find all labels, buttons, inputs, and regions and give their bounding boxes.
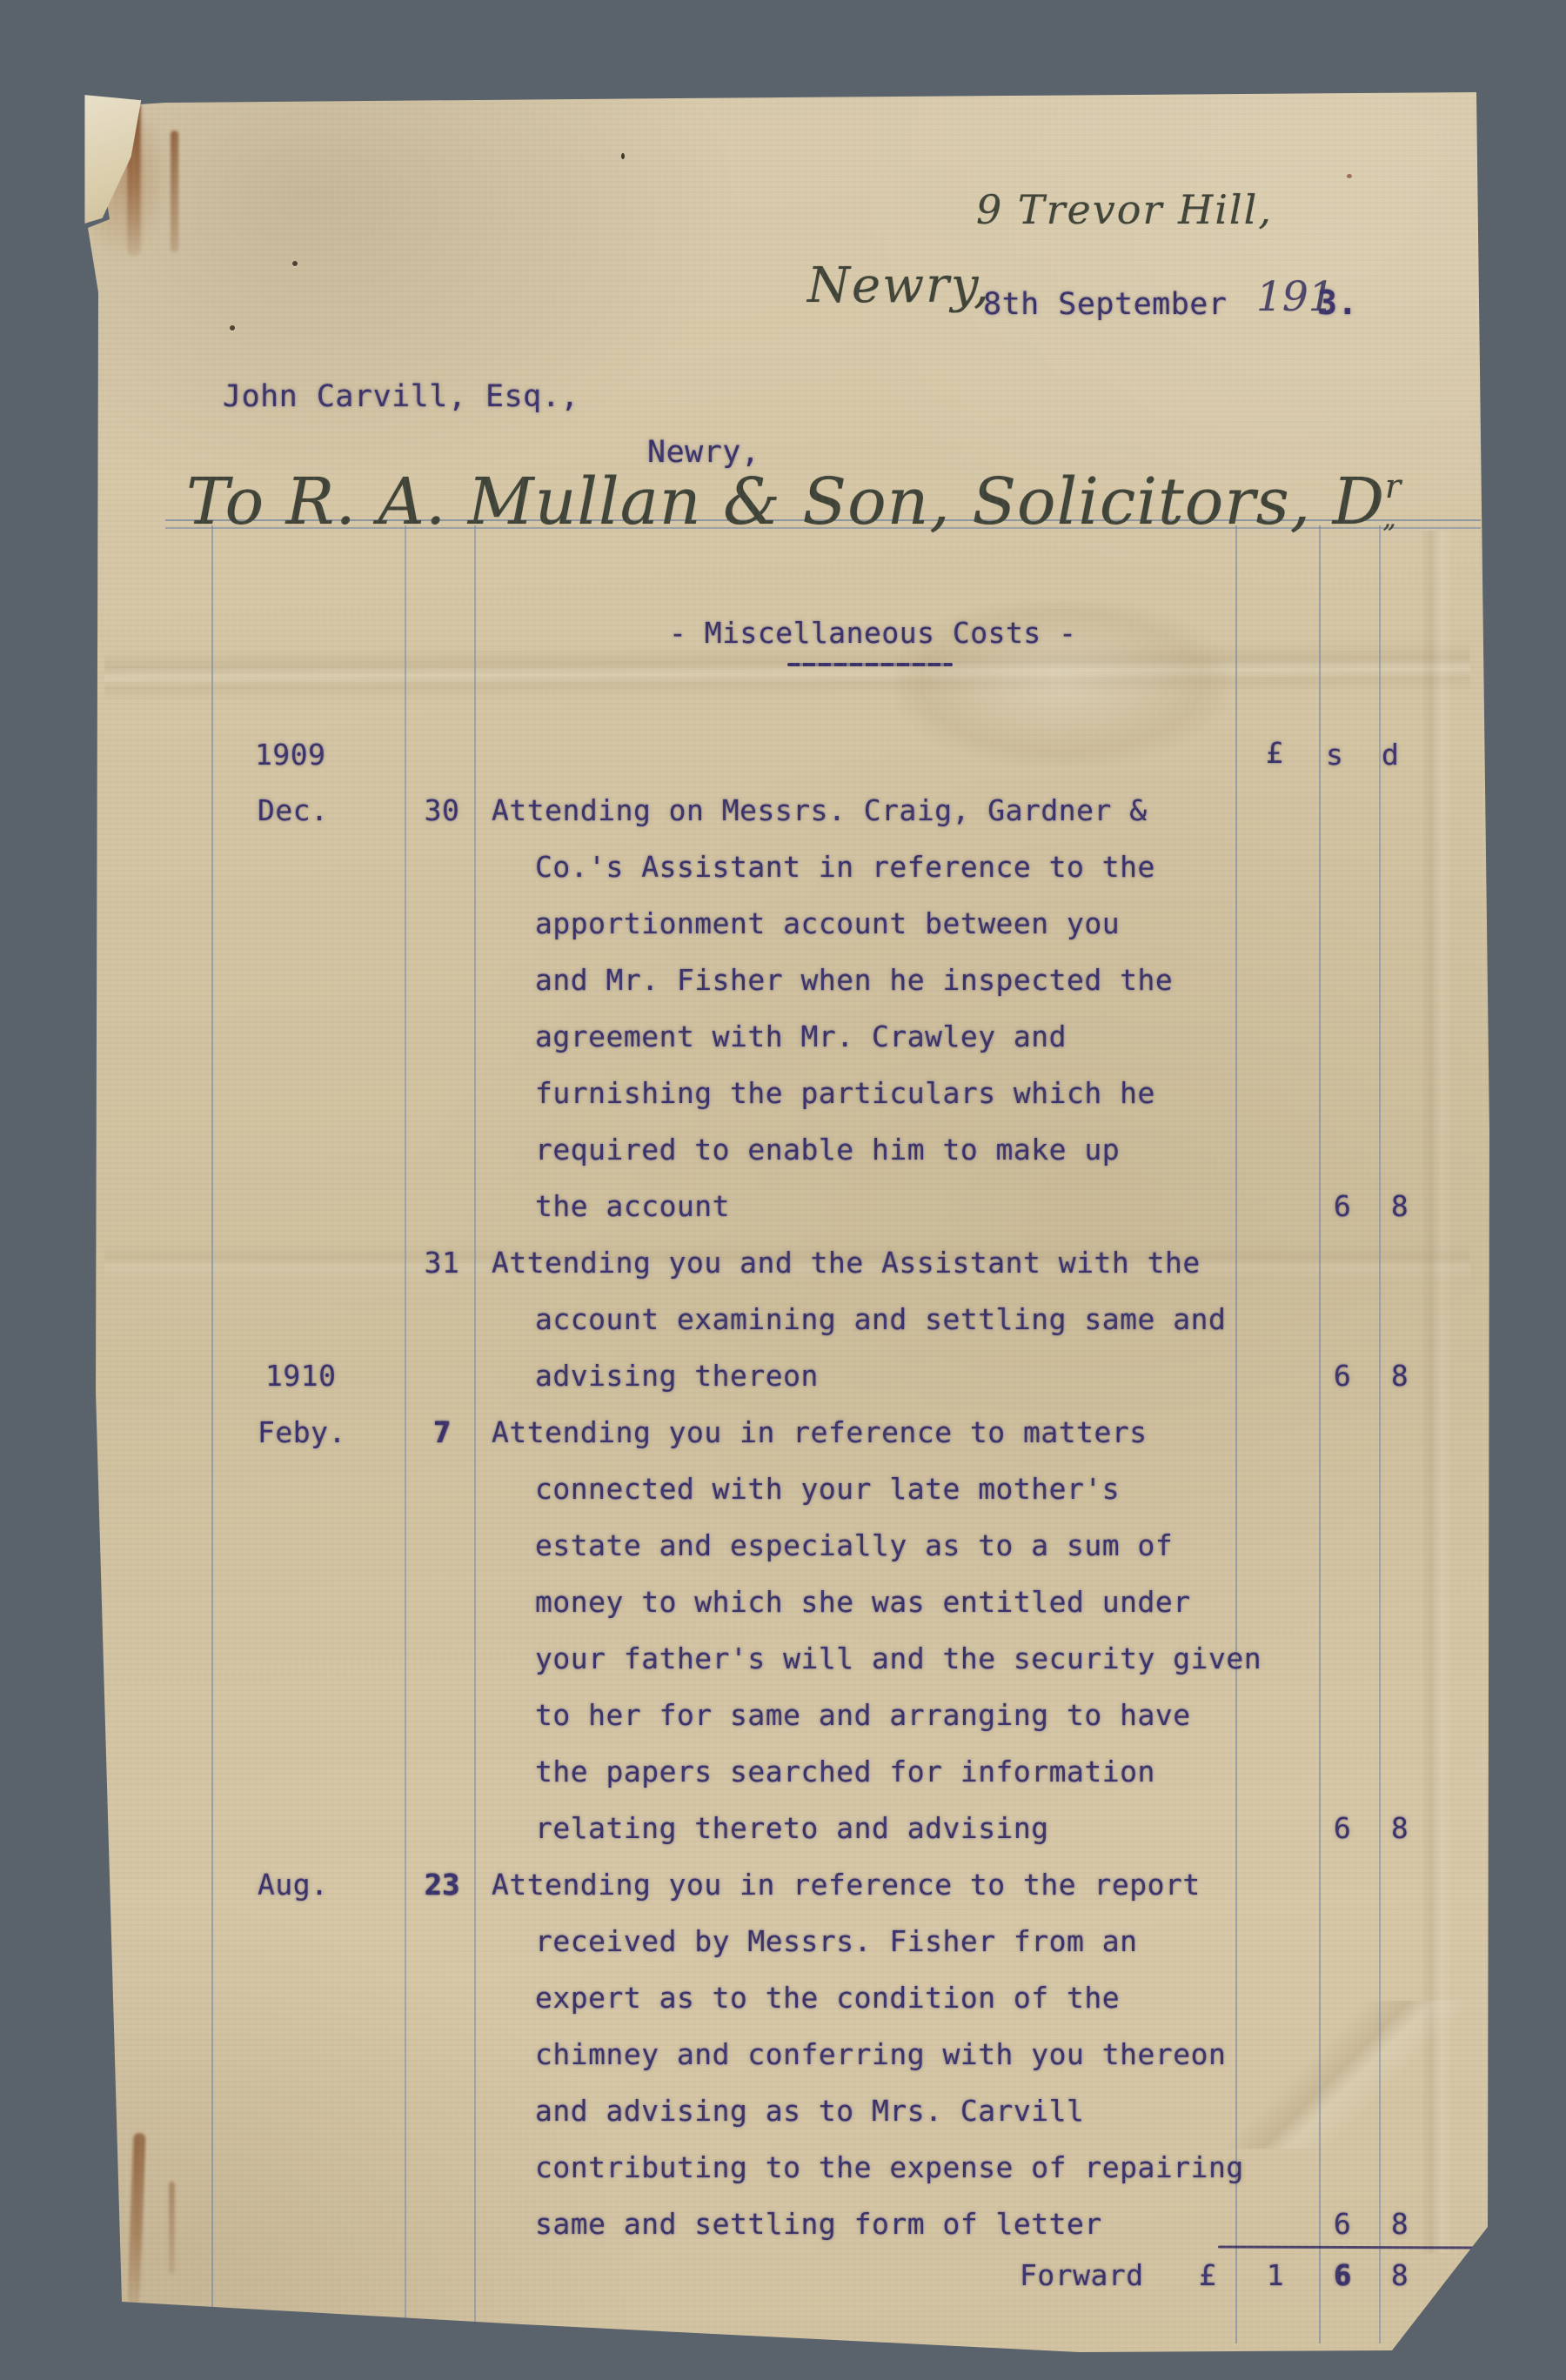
entry-text: expert as to the condition of the [535,1981,1120,2015]
entry-text: Co.'s Assistant in reference to the [535,850,1155,884]
bill-title: - Miscellaneous Costs - [669,616,1076,650]
total-rule-ink [1218,2245,1481,2249]
entry-text: estate and especially as to a sum of [535,1528,1173,1562]
letterhead-date-typed: 8th September [983,287,1227,322]
amount-shillings: 6 [1315,2207,1369,2241]
entry-text: relating thereto and advising [535,1811,1049,1845]
pin-hole [292,261,298,266]
entry-text: the account [535,1189,730,1223]
forward-label: Forward [1020,2258,1144,2292]
entry-text: the papers searched for information [535,1755,1155,1788]
firm-name-text: To R. A. Mullan & Son, Solicitors, D [186,465,1385,539]
ink-speck [621,153,625,159]
forward-pounds: 1 [1251,2258,1300,2292]
year-label-1909: 1909 [255,738,325,772]
firm-superscript: r [1385,467,1402,505]
year-label-1910: 1910 [265,1359,336,1393]
entry-text: account examining and settling same and [535,1302,1226,1336]
rust-stain-bottom-left [128,2133,146,2303]
entry-text: connected with your late mother's [535,1472,1120,1506]
entry-text: and advising as to Mrs. Carvill [535,2094,1084,2128]
amount-pence: 8 [1375,1811,1425,1845]
forward-pence: 8 [1375,2258,1425,2292]
letterhead-town-script: Newry, [807,257,991,314]
amount-shillings: 6 [1315,1359,1369,1393]
letterhead-year-typed: 3. [1317,284,1358,322]
currency-header-shillings: s [1326,738,1343,772]
entry-text: Attending you in reference to matters [492,1415,1148,1449]
pin-hole [230,325,235,331]
margin-rule [211,525,213,2343]
paper-crease [1201,2001,1470,2149]
currency-header-pence: d [1382,738,1399,772]
entry-day: 7 [407,1415,477,1449]
entry-text: contributing to the expense of repairing [535,2150,1244,2184]
letterhead-address: 9 Trevor Hill, [976,186,1273,233]
firm-flourish-mark: „ [1382,504,1397,534]
entry-text: apportionment account between you [535,906,1120,940]
entry-month: Aug. [258,1868,328,1902]
rust-stain-bottom-left-2 [169,2182,175,2274]
entry-text: received by Messrs. Fisher from an [535,1924,1138,1958]
rust-stain-top-left-2 [171,130,178,252]
entry-text: advising thereon [535,1359,819,1393]
entry-text: same and settling form of letter [535,2207,1102,2241]
entry-text: Attending you and the Assistant with the [492,1246,1201,1280]
day-col-left-rule [405,525,406,2343]
entry-text: chimney and conferring with you thereon [535,2037,1226,2071]
title-underline [787,663,953,666]
forward-pound-sign: £ [1199,2258,1216,2292]
entry-text: money to which she was entitled under [535,1585,1191,1619]
entry-text: Attending on Messrs. Craig, Gardner & [492,793,1148,827]
entry-month: Dec. [258,793,328,827]
amount-shillings: 6 [1315,1189,1369,1223]
amount-pence: 8 [1375,2207,1425,2241]
entry-text: your father's will and the security give… [535,1641,1261,1675]
entry-day: 23 [407,1868,477,1902]
entry-text: required to enable him to make up [535,1133,1120,1167]
entry-text: and Mr. Fisher when he inspected the [535,963,1173,997]
entry-text: Attending you in reference to the report [492,1868,1201,1902]
currency-header-pounds: £ [1266,736,1283,770]
entry-day: 30 [407,793,477,827]
pounds-col-rule [1235,525,1237,2343]
firm-name: To R. A. Mullan & Son, Solicitors, Dr„ [186,465,1416,539]
entry-text: to her for same and arranging to have [535,1698,1191,1732]
amount-pence: 8 [1375,1189,1425,1223]
entry-day: 31 [407,1246,477,1280]
document-page: 9 Trevor Hill, Newry, 8th September 191 … [0,0,1566,2380]
addressee-name: John Carvill, Esq., [223,379,579,414]
forward-shillings: 6 [1315,2258,1369,2292]
shillings-col-rule [1319,525,1321,2343]
amount-pence: 8 [1375,1359,1425,1393]
entry-text: furnishing the particulars which he [535,1076,1155,1110]
pence-col-rule [1379,525,1381,2343]
ink-speck [1347,174,1352,178]
amount-shillings: 6 [1315,1811,1369,1845]
entry-month: Feby. [258,1415,346,1449]
entry-text: agreement with Mr. Crawley and [535,1020,1067,1053]
